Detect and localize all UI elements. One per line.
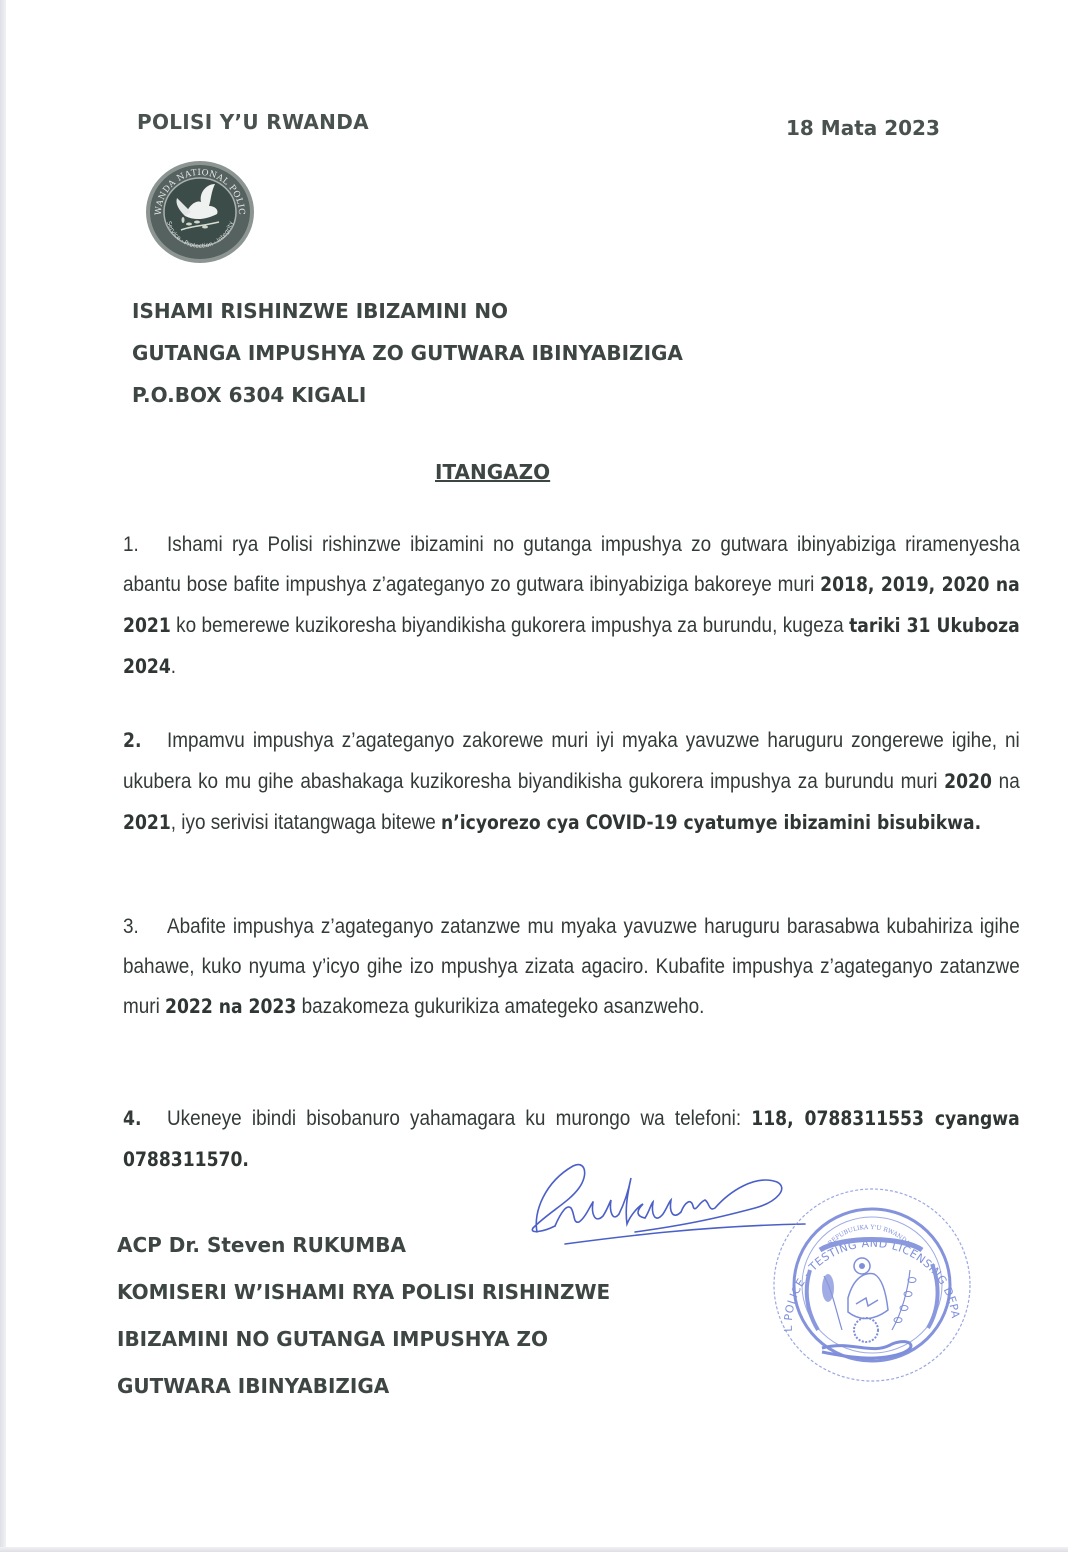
signatory-title-line-2: IBIZAMINI NO GUTANGA IMPUSHYA ZO [117,1316,610,1363]
paragraph-number: 4. [123,1099,167,1139]
paragraph-number: 1. [123,524,167,564]
document-date: 18 Mata 2023 [786,116,940,140]
svg-text:NATIONAL POLICE - TESTING AND: NATIONAL POLICE - TESTING AND LICENSING … [762,1180,962,1332]
department-stamp-icon: NATIONAL POLICE - TESTING AND LICENSING … [762,1180,977,1390]
document-title: ITANGAZO [435,460,550,484]
signatory-block: ACP Dr. Steven RUKUMBA KOMISERI W’ISHAMI… [117,1222,610,1410]
address-line-2: GUTANGA IMPUSHYA ZO GUTWARA IBINYABIZIGA [132,332,683,374]
paragraph-1: 1.Ishami rya Polisi rishinzwe ibizamini … [123,524,1020,687]
address-line-3: P.O.BOX 6304 KIGALI [132,374,683,416]
paragraph-number: 3. [123,906,167,946]
rwanda-national-police-emblem-icon: RWANDA NATIONAL POLICE Service · Protect… [145,160,255,264]
signatory-title-line-1: KOMISERI W’ISHAMI RYA POLISI RISHINZWE [117,1269,610,1316]
department-address: ISHAMI RISHINZWE IBIZAMINI NO GUTANGA IM… [132,290,683,416]
paragraph-3: 3.Abafite impushya z’agateganyo zatanzwe… [123,906,1020,1027]
organization-name: POLISI Y’U RWANDA [137,110,369,134]
signatory-name: ACP Dr. Steven RUKUMBA [117,1222,610,1269]
signatory-title-line-3: GUTWARA IBINYABIZIGA [117,1363,610,1410]
page-edge-left [0,0,6,1552]
paragraph-2: 2.Impamvu impushya z’agateganyo zakorewe… [123,720,1020,843]
address-line-1: ISHAMI RISHINZWE IBIZAMINI NO [132,290,683,332]
page-edge-bottom [0,1547,1068,1552]
paragraph-number: 2. [123,721,167,761]
